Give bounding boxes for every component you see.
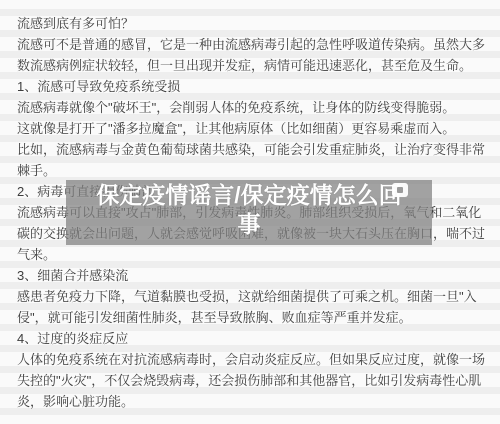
overlay-banner[interactable]: 保定疫情谣言/保定疫情怎么回 事 (66, 180, 432, 245)
article-line: 棘手。 (17, 160, 483, 181)
article-line: 流感病毒就像个"破坏王"，会削弱人体的免疫系统，让身体的防线变得脆弱。 (17, 97, 483, 118)
article-line: 这就像是打开了"潘多拉魔盒"，让其他病原体（比如细菌）更容易乘虚而入。 (17, 118, 483, 139)
image-placeholder-dot (397, 187, 403, 193)
article-heading-4: 4、过度的炎症反应 (17, 328, 483, 349)
article-line: 人体的免疫系统在对抗流感病毒时，会启动炎症反应。但如果反应过度，就像一场 (17, 349, 483, 370)
article-title: 流感到底有多可怕？ (17, 13, 483, 34)
article-line: 失控的"火灾"，不仅会烧毁病毒，还会损伤肺部和其他器官，比如引发病毒性心肌 (17, 370, 483, 391)
article-line: 比如，流感病毒与金黄色葡萄球菌共感染，可能会引发重症肺炎，让治疗变得非常 (17, 139, 483, 160)
overlay-title-line2: 事 (66, 210, 432, 239)
article-line: 炎，影响心脏功能。 (17, 391, 483, 412)
overlay-title: 保定疫情谣言/保定疫情怎么回 事 (66, 180, 432, 239)
article-line: 数流感病例症状较轻，但一旦出现并发症，病情可能迅速恶化，甚至危及生命。 (17, 55, 483, 76)
image-placeholder-icon (392, 183, 408, 197)
article-line: 气来。 (17, 244, 483, 265)
article-heading-1: 1、流感可导致免疫系统受损 (17, 76, 483, 97)
article-line: 侵"，就可能引发细菌性肺炎，甚至导致脓胸、败血症等严重并发症。 (17, 307, 483, 328)
article-line: 感患者免疫力下降，气道黏膜也受损，这就给细菌提供了可乘之机。细菌一旦"入 (17, 286, 483, 307)
article-line: 流感可不是普通的感冒，它是一种由流感病毒引起的急性呼吸道传染病。虽然大多 (17, 34, 483, 55)
overlay-title-line1: 保定疫情谣言/保定疫情怎么回 (66, 181, 432, 210)
article-heading-3: 3、细菌合并感染流 (17, 265, 483, 286)
